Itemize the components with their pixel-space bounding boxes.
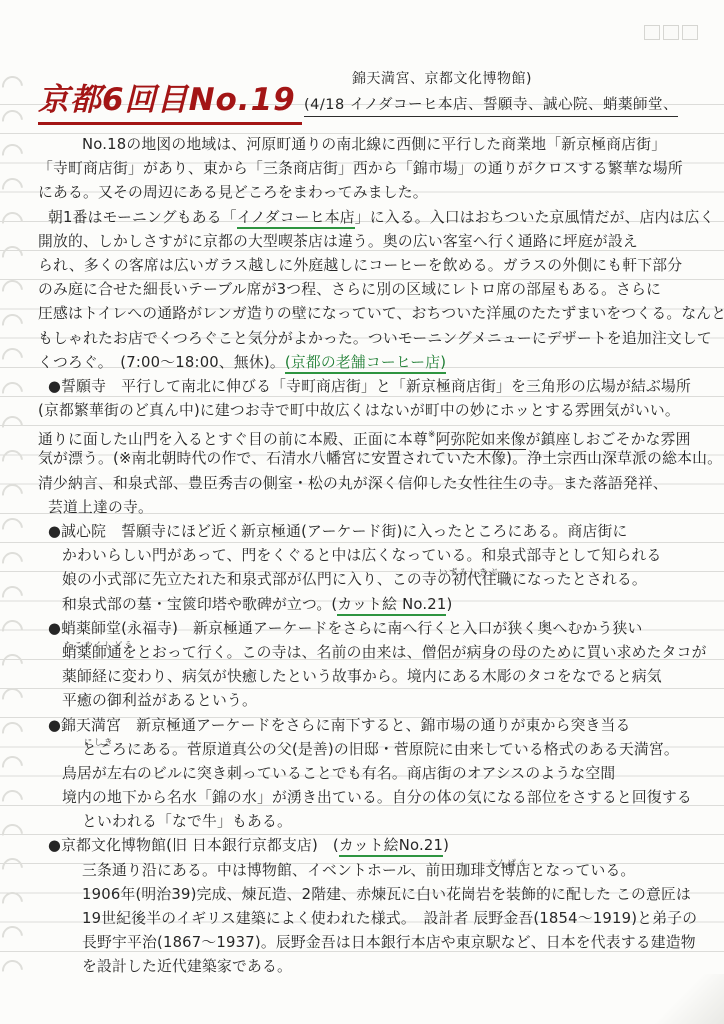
- handwritten-line: 芸道上達の寺。: [36, 497, 722, 521]
- notebook-page: 京都6回目No.19 錦天満宮、京都文化博物館) (4/18 イノダコーヒ本店、…: [0, 0, 724, 1024]
- text-segment: 境内の地下から名水「錦の水」が湧き出ている。自分の体の気になる部位をさすると回復…: [62, 789, 692, 806]
- handwritten-line: にある。又その周辺にある見どころをまわってみました。: [36, 182, 722, 206]
- handwritten-line: ●誠心院 誓願寺にほど近く新京極通(アーケード街)に入ったところにある。商店街に: [36, 521, 722, 545]
- text-segment: 清少納言、和泉式部、豊臣秀吉の側室・松の丸が深く信仰した女性往生の寺。また落語発…: [38, 475, 668, 492]
- text-segment: ●誠心院 誓願寺にほど近く新京極通(アーケード街)に入ったところにある。商店街に: [48, 523, 628, 540]
- binder-hole: [0, 582, 27, 612]
- text-segment: にある。又その周辺にある見どころをまわってみました。: [38, 184, 428, 201]
- binder-hole: [0, 650, 27, 680]
- binder-hole: [0, 242, 27, 272]
- text-segment: ): [446, 596, 452, 613]
- text-segment: たこやくしどう蛸薬師通: [62, 644, 122, 661]
- text-segment: になったとされる。: [512, 571, 647, 588]
- text-segment: られ、多くの客席は広いガラス越しに外庭越しにコーヒーを飲める。ガラスの外側にも軒…: [38, 257, 682, 274]
- text-segment: 通りに面した山門を入るとすぐ目の前に本殿、正面に本尊: [38, 431, 428, 448]
- binder-hole: [0, 718, 27, 748]
- text-segment: のみ庭に合せた細長いテーブル席が3つ程、さらに別の区域にレトロ席の部屋もある。さ…: [38, 281, 661, 298]
- text-segment: 芸道上達の寺。: [48, 499, 153, 516]
- binder-hole: [0, 548, 27, 578]
- text-segment: 平癒の御利益があるという。: [62, 692, 257, 709]
- binder-hole: [0, 310, 27, 340]
- handwritten-line: たこやくしどう蛸薬師通をとおって行く。この寺は、名前の由来は、僧侶が病身の母のた…: [36, 642, 722, 666]
- text-segment: もしゃれたお店でくつろぐこと気分がよかった。ついモーニングメニューにデザートを追…: [38, 330, 712, 347]
- handwritten-line: といわれる「なで牛」もある。: [36, 811, 722, 835]
- text-segment: かわいらしい門があって、門をくぐると中は広くなっている。和泉式部寺として知られる: [62, 547, 661, 564]
- binder-hole: [0, 820, 27, 850]
- text-segment: ●誓願寺 平行して南北に伸びる「寺町商店街」と「新京極商店街」を三角形の広場が結…: [48, 378, 691, 395]
- handwritten-line: 通りに面した山門を入るとすぐ目の前に本殿、正面に本尊※阿弥陀如来像が鎮座しおごそ…: [36, 424, 722, 448]
- handwritten-line: 鳥居が左右のビルに突き刺っていることでも有名。商店街のオアシスのような空間: [36, 763, 722, 787]
- furigana: たこやくしどう: [64, 635, 134, 657]
- handwritten-line: 「寺町商店街」があり、東から「三条商店街」西から「錦市場」の通りがクロスする繁華…: [36, 158, 722, 182]
- text-segment: にしきところ: [82, 741, 127, 758]
- handwritten-line: 娘の小式部に先立たれた和泉式部が仏門に入り、この寺いずみしきぶの初代住職になった…: [36, 569, 722, 593]
- binder-hole: [0, 174, 27, 204]
- handwritten-line: ●誓願寺 平行して南北に伸びる「寺町商店街」と「新京極商店街」を三角形の広場が結…: [36, 376, 722, 400]
- text-segment: にある。菅原道真公の父(是善)の旧邸・菅原院に由来している格式のある天満宮。: [127, 741, 679, 758]
- handwritten-line: くつろぐ。 (7:00〜18:00、無休)。(京都の老舗コーヒー店): [36, 352, 722, 376]
- binder-hole: [0, 72, 27, 102]
- text-segment: 娘の小式部に先立たれた和泉式部が仏門に入り、この寺: [62, 571, 437, 588]
- header-checkboxes: [644, 25, 698, 40]
- furigana: ぶんぱく: [487, 853, 527, 875]
- handwritten-line: 19世紀後半のイギリス建築によく使われた様式。 設計者 辰野金吾(1854〜19…: [36, 908, 722, 932]
- binder-hole: [0, 854, 27, 884]
- note-body: No.18の地図の地域は、河原町通りの南北線に西側に平行した商業地「新京極商店街…: [36, 134, 722, 981]
- text-segment: 1906年(明治39)完成、煉瓦造、2階建、赤煉瓦に白い花崗岩を装飾的に配した …: [82, 886, 691, 903]
- text-segment: 」に入る。入口はおちついた京風情だが、店内は広く: [355, 209, 715, 226]
- text-segment: ): [443, 837, 449, 854]
- page-curl-shade: [644, 974, 724, 1024]
- handwritten-line: ●蛸薬師堂(永福寺) 新京極通アーケードをさらに南へ行くと入口が狭く奥へむかう狭…: [36, 618, 722, 642]
- text-segment: 圧感はトイレへの通路がレンガ造りの壁になっていて、おちついた洋風のたたずまいをつ…: [38, 305, 724, 322]
- binder-hole: [0, 412, 27, 442]
- text-segment: 薬師経に変わり、病気が快癒したという故事から。境内にある木彫のタコをなでると病気: [62, 668, 662, 685]
- handwritten-line: 気が漂う。(※南北朝時代の作で、石清水八幡宮に安置されていた木像)。浄土宗西山深…: [36, 448, 722, 472]
- text-segment: をとおって行く。この寺は、名前の由来は、僧侶が病身の母のために買い求めたタコが: [122, 644, 707, 661]
- binder-hole: [0, 922, 27, 952]
- handwritten-line: を設計した近代建築家である。: [36, 956, 722, 980]
- text-segment: イノダコーヒ本店: [237, 209, 355, 229]
- text-segment: ●蛸薬師堂(永福寺) 新京極通アーケードをさらに南へ行くと入口が狭く奥へむかう狭…: [48, 620, 643, 637]
- text-segment: いずみしきぶの初代住職: [437, 571, 512, 588]
- text-segment: (京都繁華街のど真ん中)に建つお寺で町中故広くはないが町中の妙にホッとする雰囲気…: [38, 402, 680, 419]
- handwritten-line: にしきところにある。菅原道真公の父(是善)の旧邸・菅原院に由来している格式のある…: [36, 739, 722, 763]
- handwritten-line: ●錦天満宮 新京極通アーケードをさらに南下すると、錦市場の通りが東から突き当る: [36, 715, 722, 739]
- text-segment: 鳥居が左右のビルに突き刺っていることでも有名。商店街のオアシスのような空間: [62, 765, 615, 782]
- text-segment: ●錦天満宮 新京極通アーケードをさらに南下すると、錦市場の通りが東から突き当る: [48, 717, 631, 734]
- header-checkbox: [682, 25, 698, 40]
- binder-hole: [0, 752, 27, 782]
- text-segment: ぶんぱく文博店: [485, 862, 530, 879]
- handwritten-line: (京都繁華街のど真ん中)に建つお寺で町中故広くはないが町中の妙にホッとする雰囲気…: [36, 400, 722, 424]
- text-segment: カット絵No.21: [339, 837, 443, 857]
- binder-hole: [0, 514, 27, 544]
- handwritten-line: 1906年(明治39)完成、煉瓦造、2階建、赤煉瓦に白い花崗岩を装飾的に配した …: [36, 884, 722, 908]
- text-segment: 長野宇平治(1867〜1937)。辰野金吾は日本銀行本店や東京駅など、日本を代表…: [82, 934, 696, 951]
- handwritten-line: 三条通り沿にある。中は博物館、イベントホール、前田珈琲ぶんぱく文博店となっている…: [36, 860, 722, 884]
- binder-hole: [0, 378, 27, 408]
- text-segment: が鎮座しおごそかな雰囲: [526, 431, 691, 448]
- text-segment: を設計した近代建築家である。: [82, 958, 292, 975]
- binder-hole: [0, 446, 27, 476]
- text-segment: カット絵 No.21: [337, 596, 446, 616]
- binder-hole: [0, 786, 27, 816]
- handwritten-line: 薬師経に変わり、病気が快癒したという故事から。境内にある木彫のタコをなでると病気: [36, 666, 722, 690]
- binder-hole: [0, 480, 27, 510]
- text-segment: 開放的、しかしさすがに京都の大型喫茶店は違う。奥の広い客室へ行く通路に坪庭が設え: [38, 233, 638, 250]
- binder-hole: [0, 956, 27, 986]
- furigana: にしき: [84, 732, 114, 754]
- handwritten-line: られ、多くの客席は広いガラス越しに外庭越しにコーヒーを飲める。ガラスの外側にも軒…: [36, 255, 722, 279]
- text-segment: 朝1番はモーニングもある「: [48, 209, 237, 226]
- text-segment: といわれる「なで牛」もある。: [82, 813, 292, 830]
- binder-hole: [0, 344, 27, 374]
- handwritten-line: 和泉式部の墓・宝篋印塔や歌碑が立つ。(カット絵 No.21): [36, 594, 722, 618]
- handwritten-line: 朝1番はモーニングもある「イノダコーヒ本店」に入る。入口はおちついた京風情だが、…: [36, 207, 722, 231]
- handwritten-line: もしゃれたお店でくつろぐこと気分がよかった。ついモーニングメニューにデザートを追…: [36, 328, 722, 352]
- handwritten-line: 開放的、しかしさすがに京都の大型喫茶店は違う。奥の広い客室へ行く通路に坪庭が設え: [36, 231, 722, 255]
- binder-hole: [0, 616, 27, 646]
- handwritten-line: 長野宇平治(1867〜1937)。辰野金吾は日本銀行本店や東京駅など、日本を代表…: [36, 932, 722, 956]
- text-segment: 19世紀後半のイギリス建築によく使われた様式。 設計者 辰野金吾(1854〜19…: [82, 910, 697, 927]
- text-segment: ※: [428, 430, 436, 440]
- text-segment: 阿弥陀如来像: [436, 431, 526, 450]
- header-checkbox: [644, 25, 660, 40]
- header-subtitle-overflow: 錦天満宮、京都文化博物館): [352, 68, 532, 88]
- handwritten-line: 圧感はトイレへの通路がレンガ造りの壁になっていて、おちついた洋風のたたずまいをつ…: [36, 303, 722, 327]
- header-checkbox: [663, 25, 679, 40]
- binder-hole: [0, 106, 27, 136]
- binder-hole: [0, 276, 27, 306]
- text-segment: ●京都文化博物館(旧 日本銀行京都支店) (: [48, 837, 339, 854]
- binder-hole: [0, 888, 27, 918]
- handwritten-line: No.18の地図の地域は、河原町通りの南北線に西側に平行した商業地「新京極商店街…: [36, 134, 722, 158]
- handwritten-line: 平癒の御利益があるという。: [36, 690, 722, 714]
- text-segment: (京都の老舗コーヒー店): [285, 354, 446, 374]
- text-segment: くつろぐ。 (7:00〜18:00、無休)。: [38, 354, 285, 371]
- page-title: 京都6回目No.19: [38, 74, 302, 125]
- text-segment: 「寺町商店街」があり、東から「三条商店街」西から「錦市場」の通りがクロスする繁華…: [38, 160, 683, 177]
- text-segment: 三条通り沿にある。中は博物館、イベントホール、前田珈琲: [82, 862, 485, 879]
- binder-hole: [0, 684, 27, 714]
- furigana: いずみしきぶ: [439, 562, 499, 584]
- text-segment: No.18の地図の地域は、河原町通りの南北線に西側に平行した商業地「新京極商店街…: [82, 136, 666, 153]
- text-segment: 気が漂う。(※南北朝時代の作で、石清水八幡宮に安置されていた木像)。浄土宗西山深…: [38, 450, 722, 467]
- binder-hole: [0, 208, 27, 238]
- handwritten-line: 清少納言、和泉式部、豊臣秀吉の側室・松の丸が深く信仰した女性往生の寺。また落語発…: [36, 473, 722, 497]
- handwritten-line: ●京都文化博物館(旧 日本銀行京都支店) (カット絵No.21): [36, 835, 722, 859]
- text-segment: 和泉式部の墓・宝篋印塔や歌碑が立つ。(: [62, 596, 337, 613]
- header-subtitle: (4/18 イノダコーヒ本店、誓願寺、誠心院、蛸薬師堂、: [304, 93, 678, 117]
- handwritten-line: のみ庭に合せた細長いテーブル席が3つ程、さらに別の区域にレトロ席の部屋もある。さ…: [36, 279, 722, 303]
- text-segment: となっている。: [530, 862, 635, 879]
- handwritten-line: かわいらしい門があって、門をくぐると中は広くなっている。和泉式部寺として知られる: [36, 545, 722, 569]
- handwritten-line: 境内の地下から名水「錦の水」が湧き出ている。自分の体の気になる部位をさすると回復…: [36, 787, 722, 811]
- binder-hole: [0, 140, 27, 170]
